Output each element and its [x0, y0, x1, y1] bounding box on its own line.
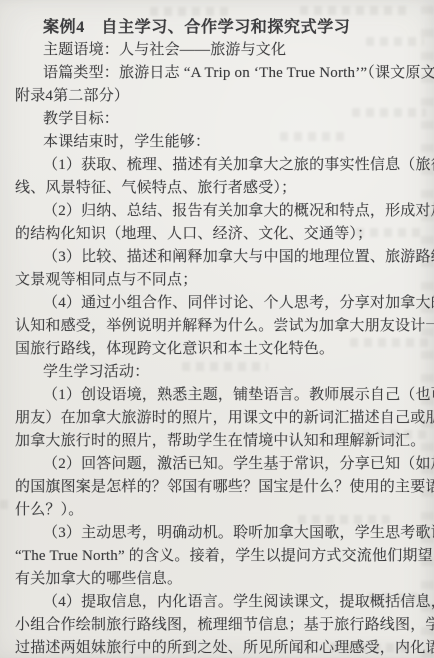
text-line: 有关加拿大的哪些信息。 — [15, 568, 425, 591]
text-line: 的结构化知识（地理、人口、经济、文化、交通等）； — [15, 223, 425, 246]
document-page: 案例4 自主学习、合作学习和探究式学习主题语境：人与社会——旅游与文化语篇类型：… — [0, 0, 434, 658]
text-line: 主题语境：人与社会——旅游与文化 — [15, 39, 425, 62]
bleed-mark — [150, 7, 232, 16]
text-line: 本课结束时，学生能够： — [15, 131, 425, 154]
text-line: （3）主动思考，明确动机。聆听加拿大国歌，学生思考歌词中 — [15, 522, 425, 545]
text-line: （4）提取信息，内化语言。学生阅读课文，提取概括信息，通过 — [15, 591, 425, 614]
text-line: 什么？）。 — [15, 499, 425, 522]
bleed-mark — [0, 500, 10, 509]
text-line: 语篇类型：旅游日志 “A Trip on ‘The True North’”（课… — [15, 62, 425, 85]
text-line: （4）通过小组合作、同伴讨论、个人思考，分享对加拿大的总体 — [15, 292, 425, 315]
text-line: 小组合作绘制旅行路线图，梳理细节信息；基于旅行路线图，学生通 — [15, 614, 425, 637]
text-line: 过描述两姐妹旅行中的所到之处、所见所闻和心理感受，内化语言， — [15, 637, 425, 658]
page-title: 案例4 自主学习、合作学习和探究式学习 — [15, 16, 425, 39]
text-line: 线、风景特征、气候特点、旅行者感受）； — [15, 177, 425, 200]
text-line: 附录4第二部分） — [15, 85, 425, 108]
text-line: （1）获取、梳理、描述有关加拿大之旅的事实性信息（旅行路 — [15, 154, 425, 177]
text-line: 朋友）在加拿大旅游时的照片，用课文中的新词汇描述自己或朋友在 — [15, 407, 425, 430]
bleed-mark — [300, 6, 412, 15]
text-line: “The True North” 的含义。接着，学生以提问方式交流他们期望了解 — [15, 545, 425, 568]
text-line: 教学目标： — [15, 108, 425, 131]
page-text: 案例4 自主学习、合作学习和探究式学习主题语境：人与社会——旅游与文化语篇类型：… — [15, 16, 425, 658]
text-line: 国旅行路线，体现跨文化意识和本土文化特色。 — [15, 338, 425, 361]
text-line: 加拿大旅行时的照片，帮助学生在情境中认知和理解新词汇。 — [15, 430, 425, 453]
text-line: （2）归纳、总结、报告有关加拿大的概况和特点，形成对加拿大 — [15, 200, 425, 223]
text-line: 学生学习活动： — [15, 361, 425, 384]
text-line: 认知和感受，举例说明并解释为什么。尝试为加拿大朋友设计一条中 — [15, 315, 425, 338]
text-line: （1）创设语境，熟悉主题，铺垫语言。教师展示自己（也可以是 — [15, 384, 425, 407]
text-line: 文景观等相同点与不同点； — [15, 269, 425, 292]
text-line: （2）回答问题，激活已知。学生基于常识，分享已知（如加拿大 — [15, 453, 425, 476]
text-line: 的国旗图案是怎样的？邻国有哪些？国宝是什么？使用的主要语言是 — [15, 476, 425, 499]
text-line: （3）比较、描述和阐释加拿大与中国的地理位置、旅游路线、人 — [15, 246, 425, 269]
